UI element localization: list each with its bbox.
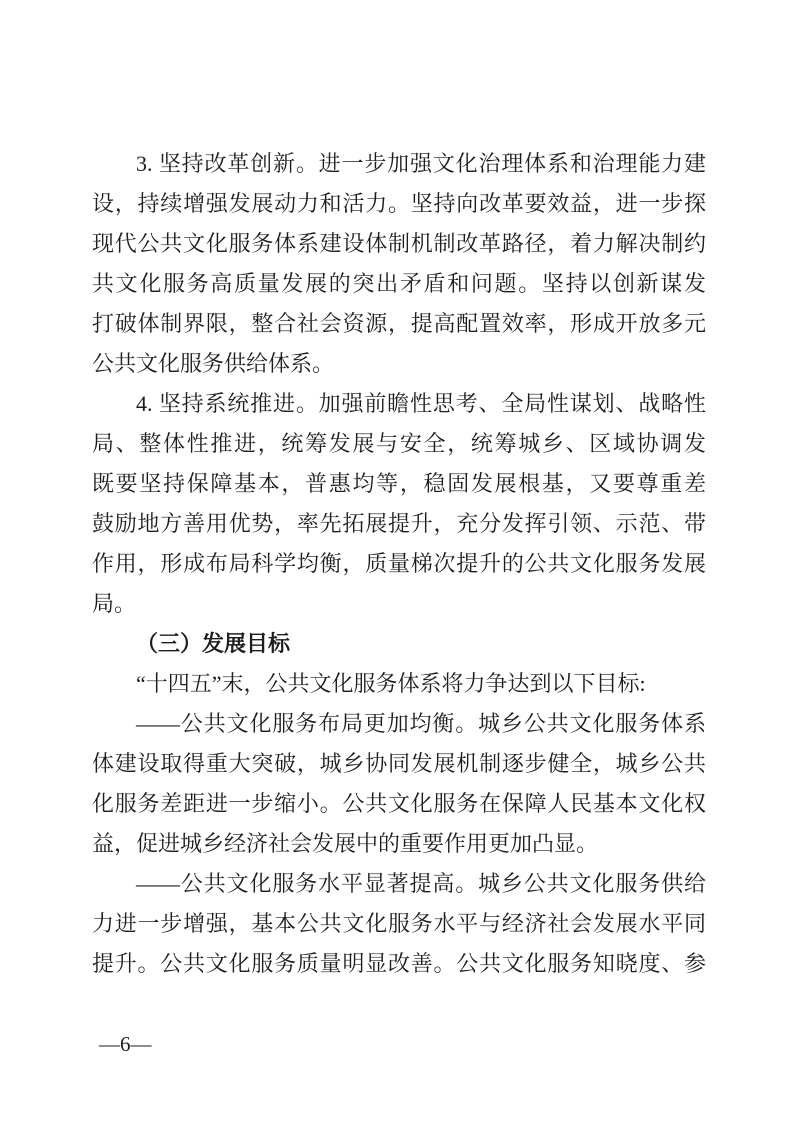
page-number: —6— — [99, 1032, 152, 1056]
text-line: 公共文化服务供给体系。 — [92, 344, 706, 384]
text-line: 3. 坚持改革创新。进一步加强文化治理体系和治理能力建 — [92, 144, 706, 184]
text-line: 既要坚持保障基本，普惠均等，稳固发展根基，又要尊重差异， — [92, 464, 706, 504]
text-line: 局、整体性推进，统筹发展与安全，统筹城乡、区域协调发展， — [92, 424, 706, 464]
text-line: 现代公共文化服务体系建设体制机制改革路径，着力解决制约公 — [92, 224, 706, 264]
text-line: 提升。公共文化服务质量明显改善。公共文化服务知晓度、参与 — [92, 944, 706, 984]
page-footer: —6— — [99, 1027, 152, 1061]
text-line: 作用，形成布局科学均衡，质量梯次提升的公共文化服务发展格 — [92, 544, 706, 584]
text-line: 体建设取得重大突破，城乡协同发展机制逐步健全，城乡公共文 — [92, 744, 706, 784]
text-line: 鼓励地方善用优势，率先拓展提升，充分发挥引领、示范、带动 — [92, 504, 706, 544]
text-line: 力进一步增强，基本公共文化服务水平与经济社会发展水平同步 — [92, 904, 706, 944]
text-line: 益，促进城乡经济社会发展中的重要作用更加凸显。 — [92, 824, 706, 864]
text-line: ——公共文化服务布局更加均衡。城乡公共文化服务体系一 — [92, 704, 706, 744]
text-line: 设，持续增强发展动力和活力。坚持向改革要效益，进一步探索 — [92, 184, 706, 224]
text-line: “十四五”末，公共文化服务体系将力争达到以下目标: — [92, 664, 706, 704]
text-line: ——公共文化服务水平显著提高。城乡公共文化服务供给能 — [92, 864, 706, 904]
text-line: 局。 — [92, 584, 706, 624]
text-line: 共文化服务高质量发展的突出矛盾和问题。坚持以创新谋发展， — [92, 264, 706, 304]
document-body: 3. 坚持改革创新。进一步加强文化治理体系和治理能力建设，持续增强发展动力和活力… — [92, 144, 706, 984]
text-line: 打破体制界限，整合社会资源，提高配置效率，形成开放多元的 — [92, 304, 706, 344]
section-heading: （三）发展目标 — [92, 624, 706, 664]
text-line: 4. 坚持系统推进。加强前瞻性思考、全局性谋划、战略性布 — [92, 384, 706, 424]
text-line: 化服务差距进一步缩小。公共文化服务在保障人民基本文化权 — [92, 784, 706, 824]
document-page: 3. 坚持改革创新。进一步加强文化治理体系和治理能力建设，持续增强发展动力和活力… — [0, 0, 793, 1122]
